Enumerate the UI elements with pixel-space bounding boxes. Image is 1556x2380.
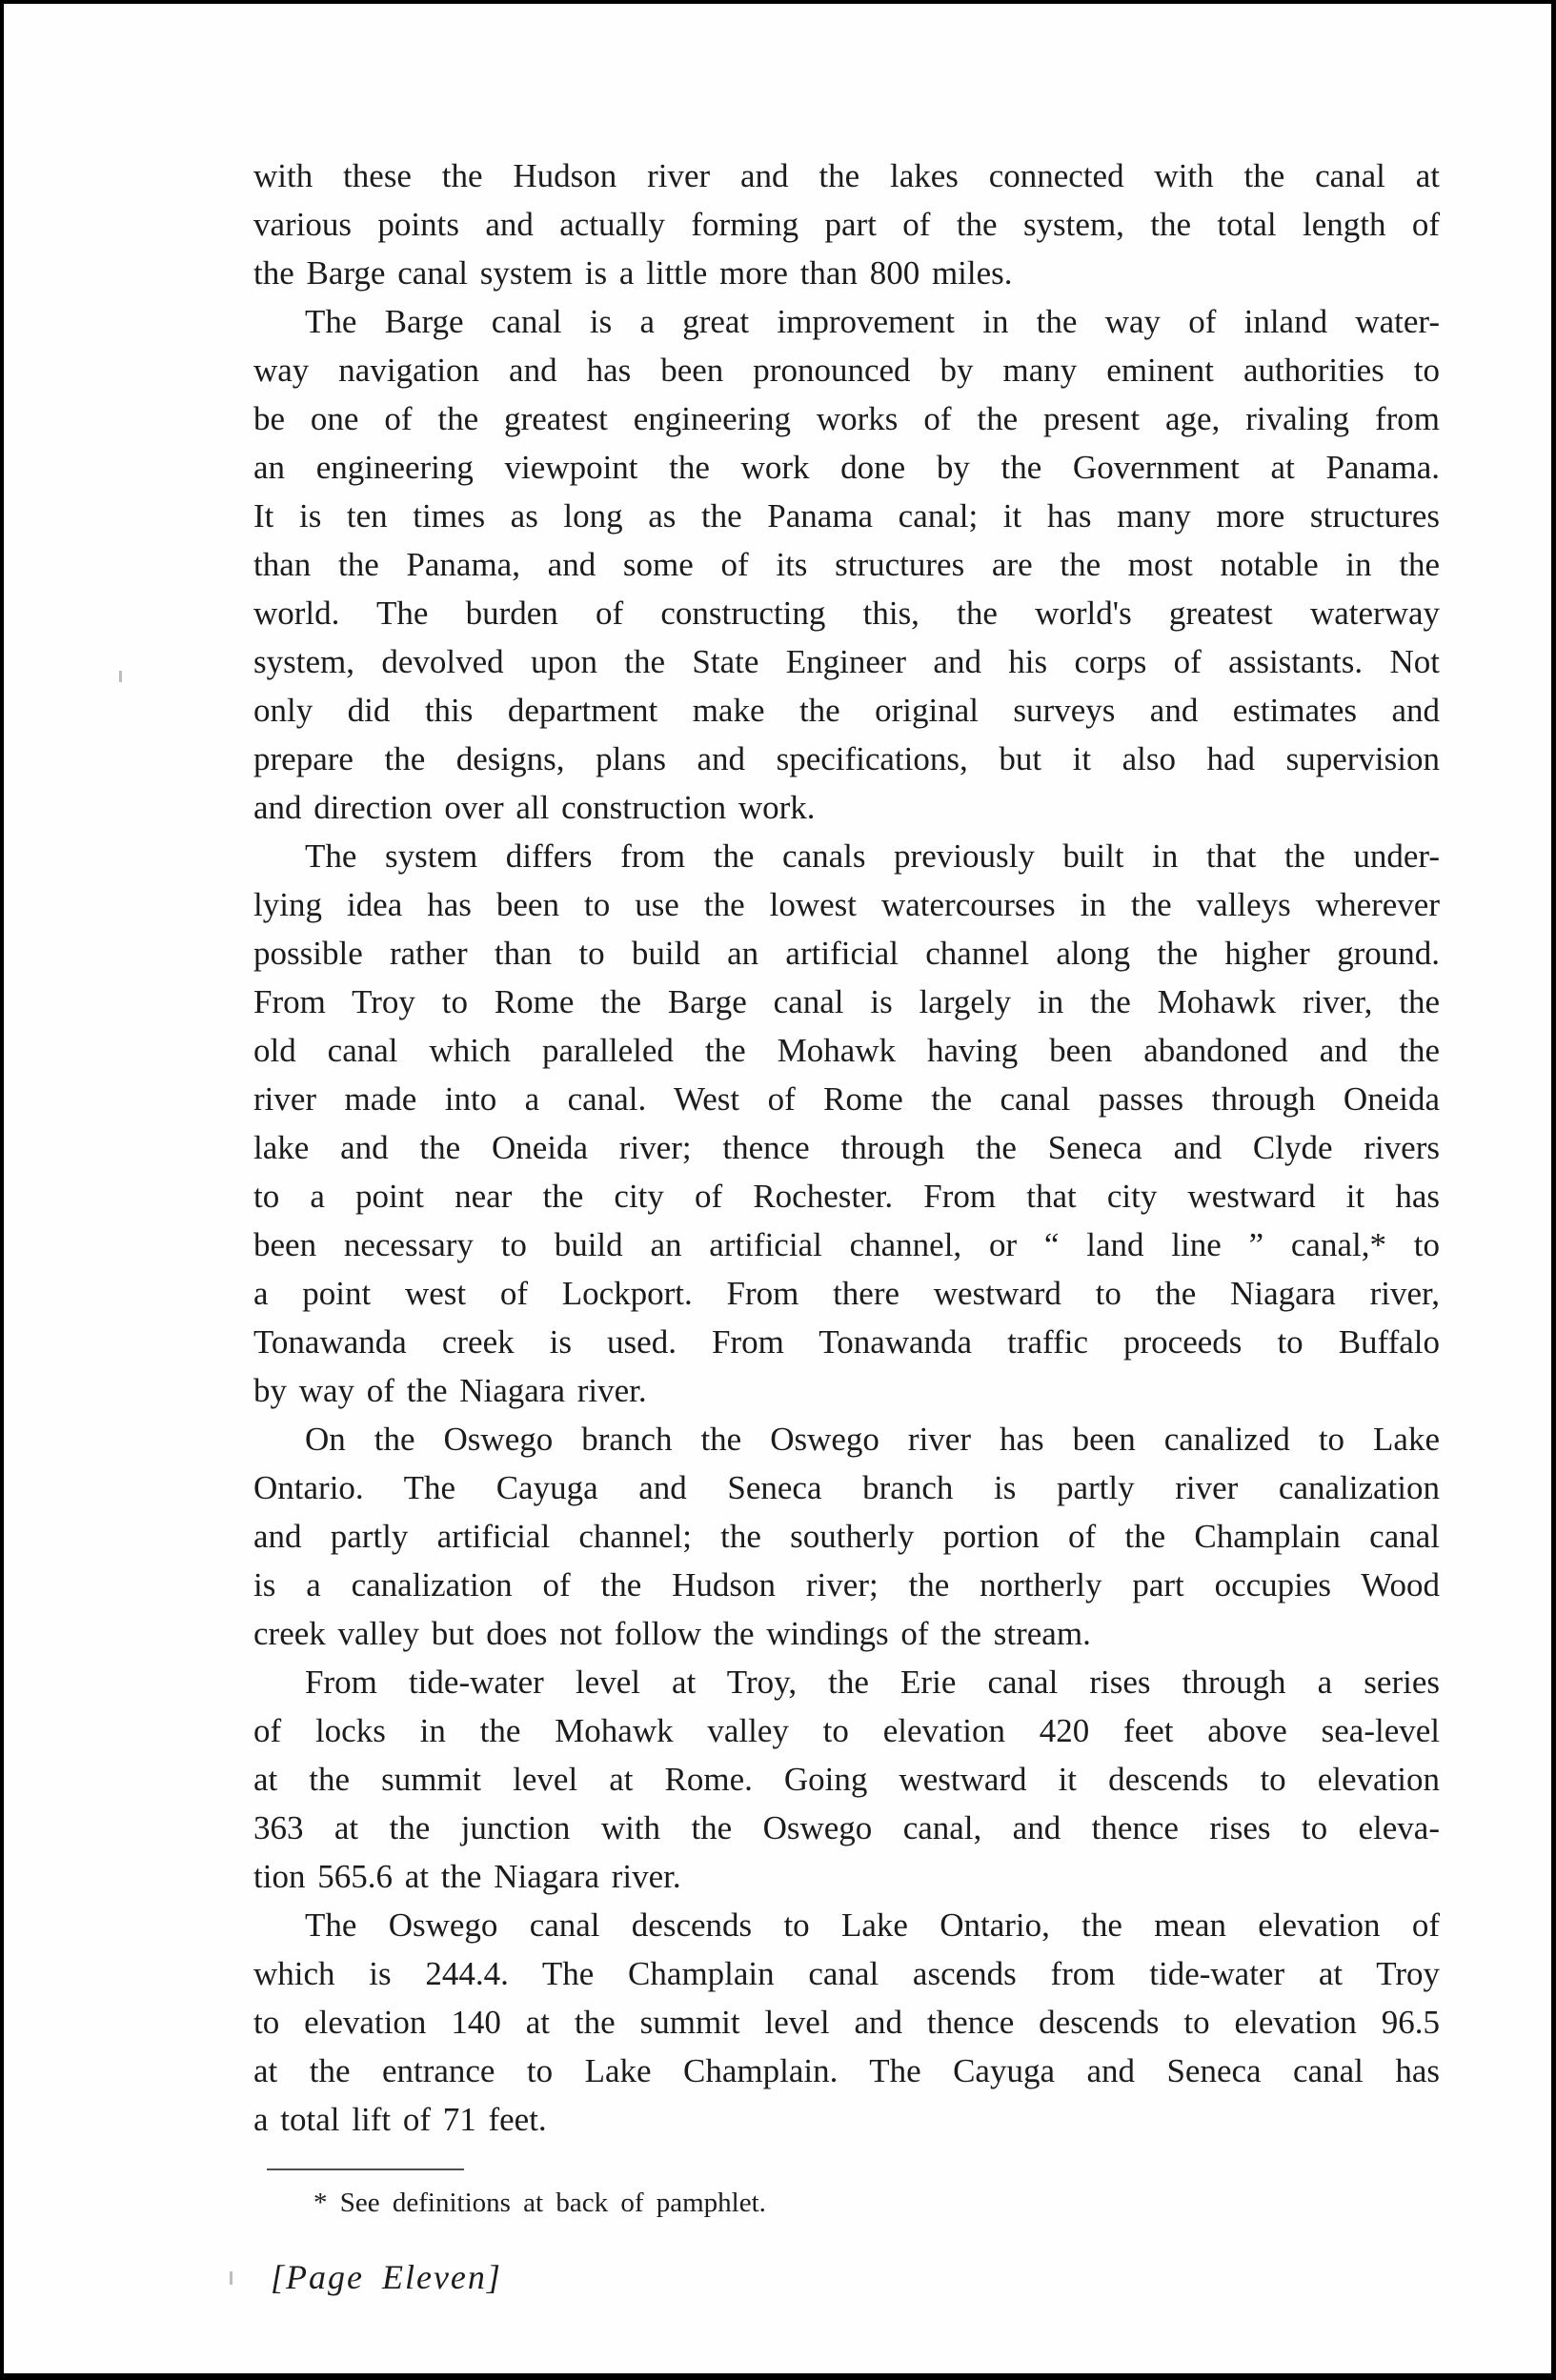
text-line: lake and the Oneida river; thence throug… bbox=[253, 1123, 1440, 1172]
body-text: with these the Hudson river and the lake… bbox=[253, 151, 1440, 2144]
footnote: * See definitions at back of pamphlet. bbox=[313, 2184, 766, 2222]
page-number-label: [Page Eleven] bbox=[271, 2254, 502, 2300]
text-line: with these the Hudson river and the lake… bbox=[253, 151, 1440, 200]
text-line: tion 565.6 at the Niagara river. bbox=[253, 1852, 1440, 1901]
footnote-divider bbox=[267, 2168, 464, 2170]
paragraph: The system differs from the canals previ… bbox=[253, 832, 1440, 1415]
text-line: prepare the designs, plans and specifica… bbox=[253, 735, 1440, 783]
text-line: and direction over all construction work… bbox=[253, 783, 1440, 832]
text-line: a total lift of 71 feet. bbox=[253, 2095, 1440, 2144]
scan-artifact bbox=[230, 2271, 232, 2285]
text-line: creek valley but does not follow the win… bbox=[253, 1609, 1440, 1658]
text-line: 363 at the junction with the Oswego cana… bbox=[253, 1804, 1440, 1852]
text-line: possible rather than to build an artific… bbox=[253, 929, 1440, 978]
text-line: It is ten times as long as the Panama ca… bbox=[253, 492, 1440, 540]
scanned-page: with these the Hudson river and the lake… bbox=[0, 0, 1556, 2380]
text-line: be one of the greatest engineering works… bbox=[253, 394, 1440, 443]
text-line: at the summit level at Rome. Going westw… bbox=[253, 1755, 1440, 1804]
text-line: Ontario. The Cayuga and Seneca branch is… bbox=[253, 1463, 1440, 1512]
text-line: the Barge canal system is a little more … bbox=[253, 249, 1440, 297]
scan-artifact bbox=[119, 671, 122, 682]
text-line: than the Panama, and some of its structu… bbox=[253, 540, 1440, 589]
text-line: Tonawanda creek is used. From Tonawanda … bbox=[253, 1318, 1440, 1366]
footnote-text: See definitions at back of pamphlet. bbox=[340, 2188, 766, 2218]
text-line: to a point near the city of Rochester. F… bbox=[253, 1172, 1440, 1220]
footnote-marker: * bbox=[313, 2188, 328, 2218]
text-line: The system differs from the canals previ… bbox=[253, 832, 1440, 880]
text-line: to elevation 140 at the summit level and… bbox=[253, 1998, 1440, 2047]
paragraph: The Barge canal is a great improvement i… bbox=[253, 297, 1440, 832]
text-line: river made into a canal. West of Rome th… bbox=[253, 1075, 1440, 1123]
text-line: and partly artificial channel; the south… bbox=[253, 1512, 1440, 1561]
text-line: by way of the Niagara river. bbox=[253, 1366, 1440, 1415]
text-line: only did this department make the origin… bbox=[253, 686, 1440, 735]
text-line: is a canalization of the Hudson river; t… bbox=[253, 1561, 1440, 1609]
paragraph: The Oswego canal descends to Lake Ontari… bbox=[253, 1901, 1440, 2144]
text-line: From Troy to Rome the Barge canal is lar… bbox=[253, 978, 1440, 1026]
text-line: a point west of Lockport. From there wes… bbox=[253, 1269, 1440, 1318]
text-line: which is 244.4. The Champlain canal asce… bbox=[253, 1949, 1440, 1998]
text-line: various points and actually forming part… bbox=[253, 200, 1440, 249]
text-line: lying idea has been to use the lowest wa… bbox=[253, 880, 1440, 929]
text-line: old canal which paralleled the Mohawk ha… bbox=[253, 1026, 1440, 1075]
text-line: The Barge canal is a great improvement i… bbox=[253, 297, 1440, 346]
paragraph: with these the Hudson river and the lake… bbox=[253, 151, 1440, 297]
text-line: On the Oswego branch the Oswego river ha… bbox=[253, 1415, 1440, 1463]
text-line: an engineering viewpoint the work done b… bbox=[253, 443, 1440, 492]
text-line: The Oswego canal descends to Lake Ontari… bbox=[253, 1901, 1440, 1949]
text-line: way navigation and has been pronounced b… bbox=[253, 346, 1440, 394]
text-line: world. The burden of constructing this, … bbox=[253, 589, 1440, 637]
text-line: at the entrance to Lake Champlain. The C… bbox=[253, 2047, 1440, 2095]
text-line: been necessary to build an artificial ch… bbox=[253, 1220, 1440, 1269]
text-line: From tide-water level at Troy, the Erie … bbox=[253, 1658, 1440, 1706]
paragraph: From tide-water level at Troy, the Erie … bbox=[253, 1658, 1440, 1901]
text-line: of locks in the Mohawk valley to elevati… bbox=[253, 1706, 1440, 1755]
page-paper: with these the Hudson river and the lake… bbox=[4, 4, 1551, 2373]
text-line: system, devolved upon the State Engineer… bbox=[253, 637, 1440, 686]
paragraph: On the Oswego branch the Oswego river ha… bbox=[253, 1415, 1440, 1658]
